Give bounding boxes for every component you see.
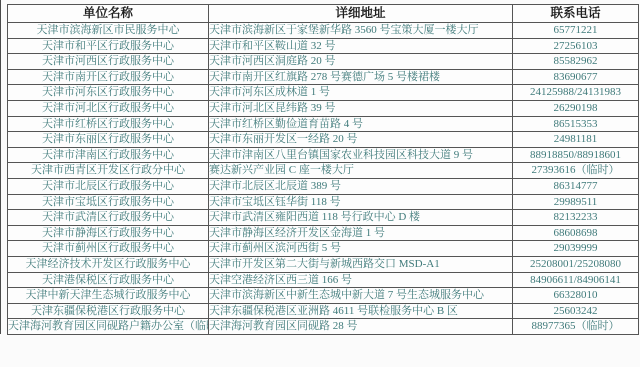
cell-phone: 25603242 — [513, 303, 639, 319]
cell-address: 天津市武清区雍阳西道 118 号行政中心 D 楼 — [209, 210, 513, 226]
cell-unit-name: 天津中新天津生态城行政服务中心 — [8, 288, 209, 304]
cell-phone: 88918850/88918601 — [513, 147, 639, 163]
cell-address: 天津市津南区八里台镇国家农业科技园区科技大道 9 号 — [209, 147, 513, 163]
cell-unit-name: 天津海河教育园区同砚路户籍办公室（临时） — [8, 319, 209, 335]
cell-phone: 27256103 — [513, 38, 639, 54]
cell-unit-name: 天津经济技术开发区行政服务中心 — [8, 256, 209, 272]
table-row: 天津市蓟州区行政服务中心天津市蓟州区滨河西街 5 号29039999 — [8, 241, 639, 257]
table-row: 天津经济技术开发区行政服务中心天津市开发区第二大街与新城西路交口 MSD-A12… — [8, 256, 639, 272]
table-row: 天津市武清区行政服务中心天津市武清区雍阳西道 118 号行政中心 D 楼8213… — [8, 210, 639, 226]
cell-unit-name: 天津市红桥区行政服务中心 — [8, 116, 209, 132]
cell-phone: 83690677 — [513, 69, 639, 85]
cell-phone: 29989511 — [513, 194, 639, 210]
cell-unit-name: 天津东疆保税港区行政服务中心 — [8, 303, 209, 319]
table-row: 天津市津南区行政服务中心天津市津南区八里台镇国家农业科技园区科技大道 9 号88… — [8, 147, 639, 163]
table-row: 天津市河东区行政服务中心天津市河东区成林道 1 号24125988/241319… — [8, 85, 639, 101]
cell-phone: 88977365（临时） — [513, 319, 639, 335]
cell-phone: 86515353 — [513, 116, 639, 132]
cell-unit-name: 天津市南开区行政服务中心 — [8, 69, 209, 85]
cell-unit-name: 天津市河西区行政服务中心 — [8, 54, 209, 70]
table-row: 天津市宝坻区行政服务中心天津市宝坻区钰华街 118 号29989511 — [8, 194, 639, 210]
cell-address: 天津市开发区第二大街与新城西路交口 MSD-A1 — [209, 256, 513, 272]
table-row: 天津市西青区开发区行政分中心赛达新兴产业园 C 座一楼大厅27393616（临时… — [8, 163, 639, 179]
table-row: 天津市北辰区行政服务中心天津市北辰区北辰道 389 号86314777 — [8, 178, 639, 194]
cell-address: 天津市滨海新区于家堡新华路 3560 号宝策大厦一楼大厅 — [209, 23, 513, 39]
cell-address: 天津市北辰区北辰道 389 号 — [209, 178, 513, 194]
cell-address: 天津市蓟州区滨河西街 5 号 — [209, 241, 513, 257]
table-row: 天津市河北区行政服务中心天津市河北区昆纬路 39 号26290198 — [8, 100, 639, 116]
cell-phone: 86314777 — [513, 178, 639, 194]
table-row: 天津中新天津生态城行政服务中心天津市滨海新区中新生态城中新大道 7 号生态城服务… — [8, 288, 639, 304]
cell-address: 天津市滨海新区中新生态城中新大道 7 号生态城服务中心 — [209, 288, 513, 304]
cell-unit-name: 天津市和平区行政服务中心 — [8, 38, 209, 54]
cell-phone: 25208001/25208080 — [513, 256, 639, 272]
cell-phone: 85582962 — [513, 54, 639, 70]
table-row: 天津港保税区行政服务中心天津空港经济区西三道 166 号84906611/849… — [8, 272, 639, 288]
cell-unit-name: 天津市北辰区行政服务中心 — [8, 178, 209, 194]
cell-unit-name: 天津市西青区开发区行政分中心 — [8, 163, 209, 179]
cell-unit-name: 天津市宝坻区行政服务中心 — [8, 194, 209, 210]
cell-phone: 26290198 — [513, 100, 639, 116]
cell-unit-name: 天津市武清区行政服务中心 — [8, 210, 209, 226]
table-row: 天津市滨海新区市民服务中心天津市滨海新区于家堡新华路 3560 号宝策大厦一楼大… — [8, 23, 639, 39]
cell-phone: 84906611/84906141 — [513, 272, 639, 288]
cell-address: 天津市和平区鞍山道 32 号 — [209, 38, 513, 54]
cell-unit-name: 天津市津南区行政服务中心 — [8, 147, 209, 163]
cell-address: 天津空港经济区西三道 166 号 — [209, 272, 513, 288]
table-row: 天津海河教育园区同砚路户籍办公室（临时）天津海河教育园区同砚路 28 号8897… — [8, 319, 639, 335]
cell-unit-name: 天津市蓟州区行政服务中心 — [8, 241, 209, 257]
cell-unit-name: 天津市滨海新区市民服务中心 — [8, 23, 209, 39]
column-header-phone: 联系电话 — [513, 5, 639, 23]
cell-address: 天津东疆保税港区亚洲路 4611 号联检服务中心 B 区 — [209, 303, 513, 319]
cell-unit-name: 天津市河东区行政服务中心 — [8, 85, 209, 101]
cell-address: 天津市河西区洞庭路 20 号 — [209, 54, 513, 70]
cell-address: 天津市东丽开发区一经路 20 号 — [209, 132, 513, 148]
cell-address: 天津市河东区成林道 1 号 — [209, 85, 513, 101]
column-header-address: 详细地址 — [209, 5, 513, 23]
table-header-row: 单位名称 详细地址 联系电话 — [8, 5, 639, 23]
cell-phone: 68608698 — [513, 225, 639, 241]
cell-address: 天津市静海区经济开发区金海道 1 号 — [209, 225, 513, 241]
column-header-unit-name: 单位名称 — [8, 5, 209, 23]
table-row: 天津市红桥区行政服务中心天津市红桥区勤俭道育苗路 4 号86515353 — [8, 116, 639, 132]
cell-unit-name: 天津市河北区行政服务中心 — [8, 100, 209, 116]
cell-phone: 65771221 — [513, 23, 639, 39]
left-edge-border — [0, 0, 1, 334]
cell-address: 天津市南开区红旗路 278 号赛德广场 5 号楼裙楼 — [209, 69, 513, 85]
table-row: 天津市河西区行政服务中心天津市河西区洞庭路 20 号85582962 — [8, 54, 639, 70]
table-row: 天津东疆保税港区行政服务中心天津东疆保税港区亚洲路 4611 号联检服务中心 B… — [8, 303, 639, 319]
table-row: 天津市南开区行政服务中心天津市南开区红旗路 278 号赛德广场 5 号楼裙楼83… — [8, 69, 639, 85]
cell-phone: 24981181 — [513, 132, 639, 148]
cell-phone: 82132233 — [513, 210, 639, 226]
cell-address: 天津市河北区昆纬路 39 号 — [209, 100, 513, 116]
cell-phone: 29039999 — [513, 241, 639, 257]
service-centers-table: 单位名称 详细地址 联系电话 天津市滨海新区市民服务中心天津市滨海新区于家堡新华… — [7, 4, 639, 335]
cell-unit-name: 天津市静海区行政服务中心 — [8, 225, 209, 241]
cell-address: 天津市宝坻区钰华街 118 号 — [209, 194, 513, 210]
cell-phone: 66328010 — [513, 288, 639, 304]
cell-phone: 27393616（临时） — [513, 163, 639, 179]
cell-address: 天津海河教育园区同砚路 28 号 — [209, 319, 513, 335]
cell-phone: 24125988/24131983 — [513, 85, 639, 101]
table-row: 天津市东丽区行政服务中心天津市东丽开发区一经路 20 号24981181 — [8, 132, 639, 148]
cell-address: 天津市红桥区勤俭道育苗路 4 号 — [209, 116, 513, 132]
page: 单位名称 详细地址 联系电话 天津市滨海新区市民服务中心天津市滨海新区于家堡新华… — [0, 0, 640, 367]
table-row: 天津市静海区行政服务中心天津市静海区经济开发区金海道 1 号68608698 — [8, 225, 639, 241]
cell-address: 赛达新兴产业园 C 座一楼大厅 — [209, 163, 513, 179]
table-body: 天津市滨海新区市民服务中心天津市滨海新区于家堡新华路 3560 号宝策大厦一楼大… — [8, 23, 639, 335]
table-row: 天津市和平区行政服务中心天津市和平区鞍山道 32 号27256103 — [8, 38, 639, 54]
cell-unit-name: 天津港保税区行政服务中心 — [8, 272, 209, 288]
cell-unit-name: 天津市东丽区行政服务中心 — [8, 132, 209, 148]
